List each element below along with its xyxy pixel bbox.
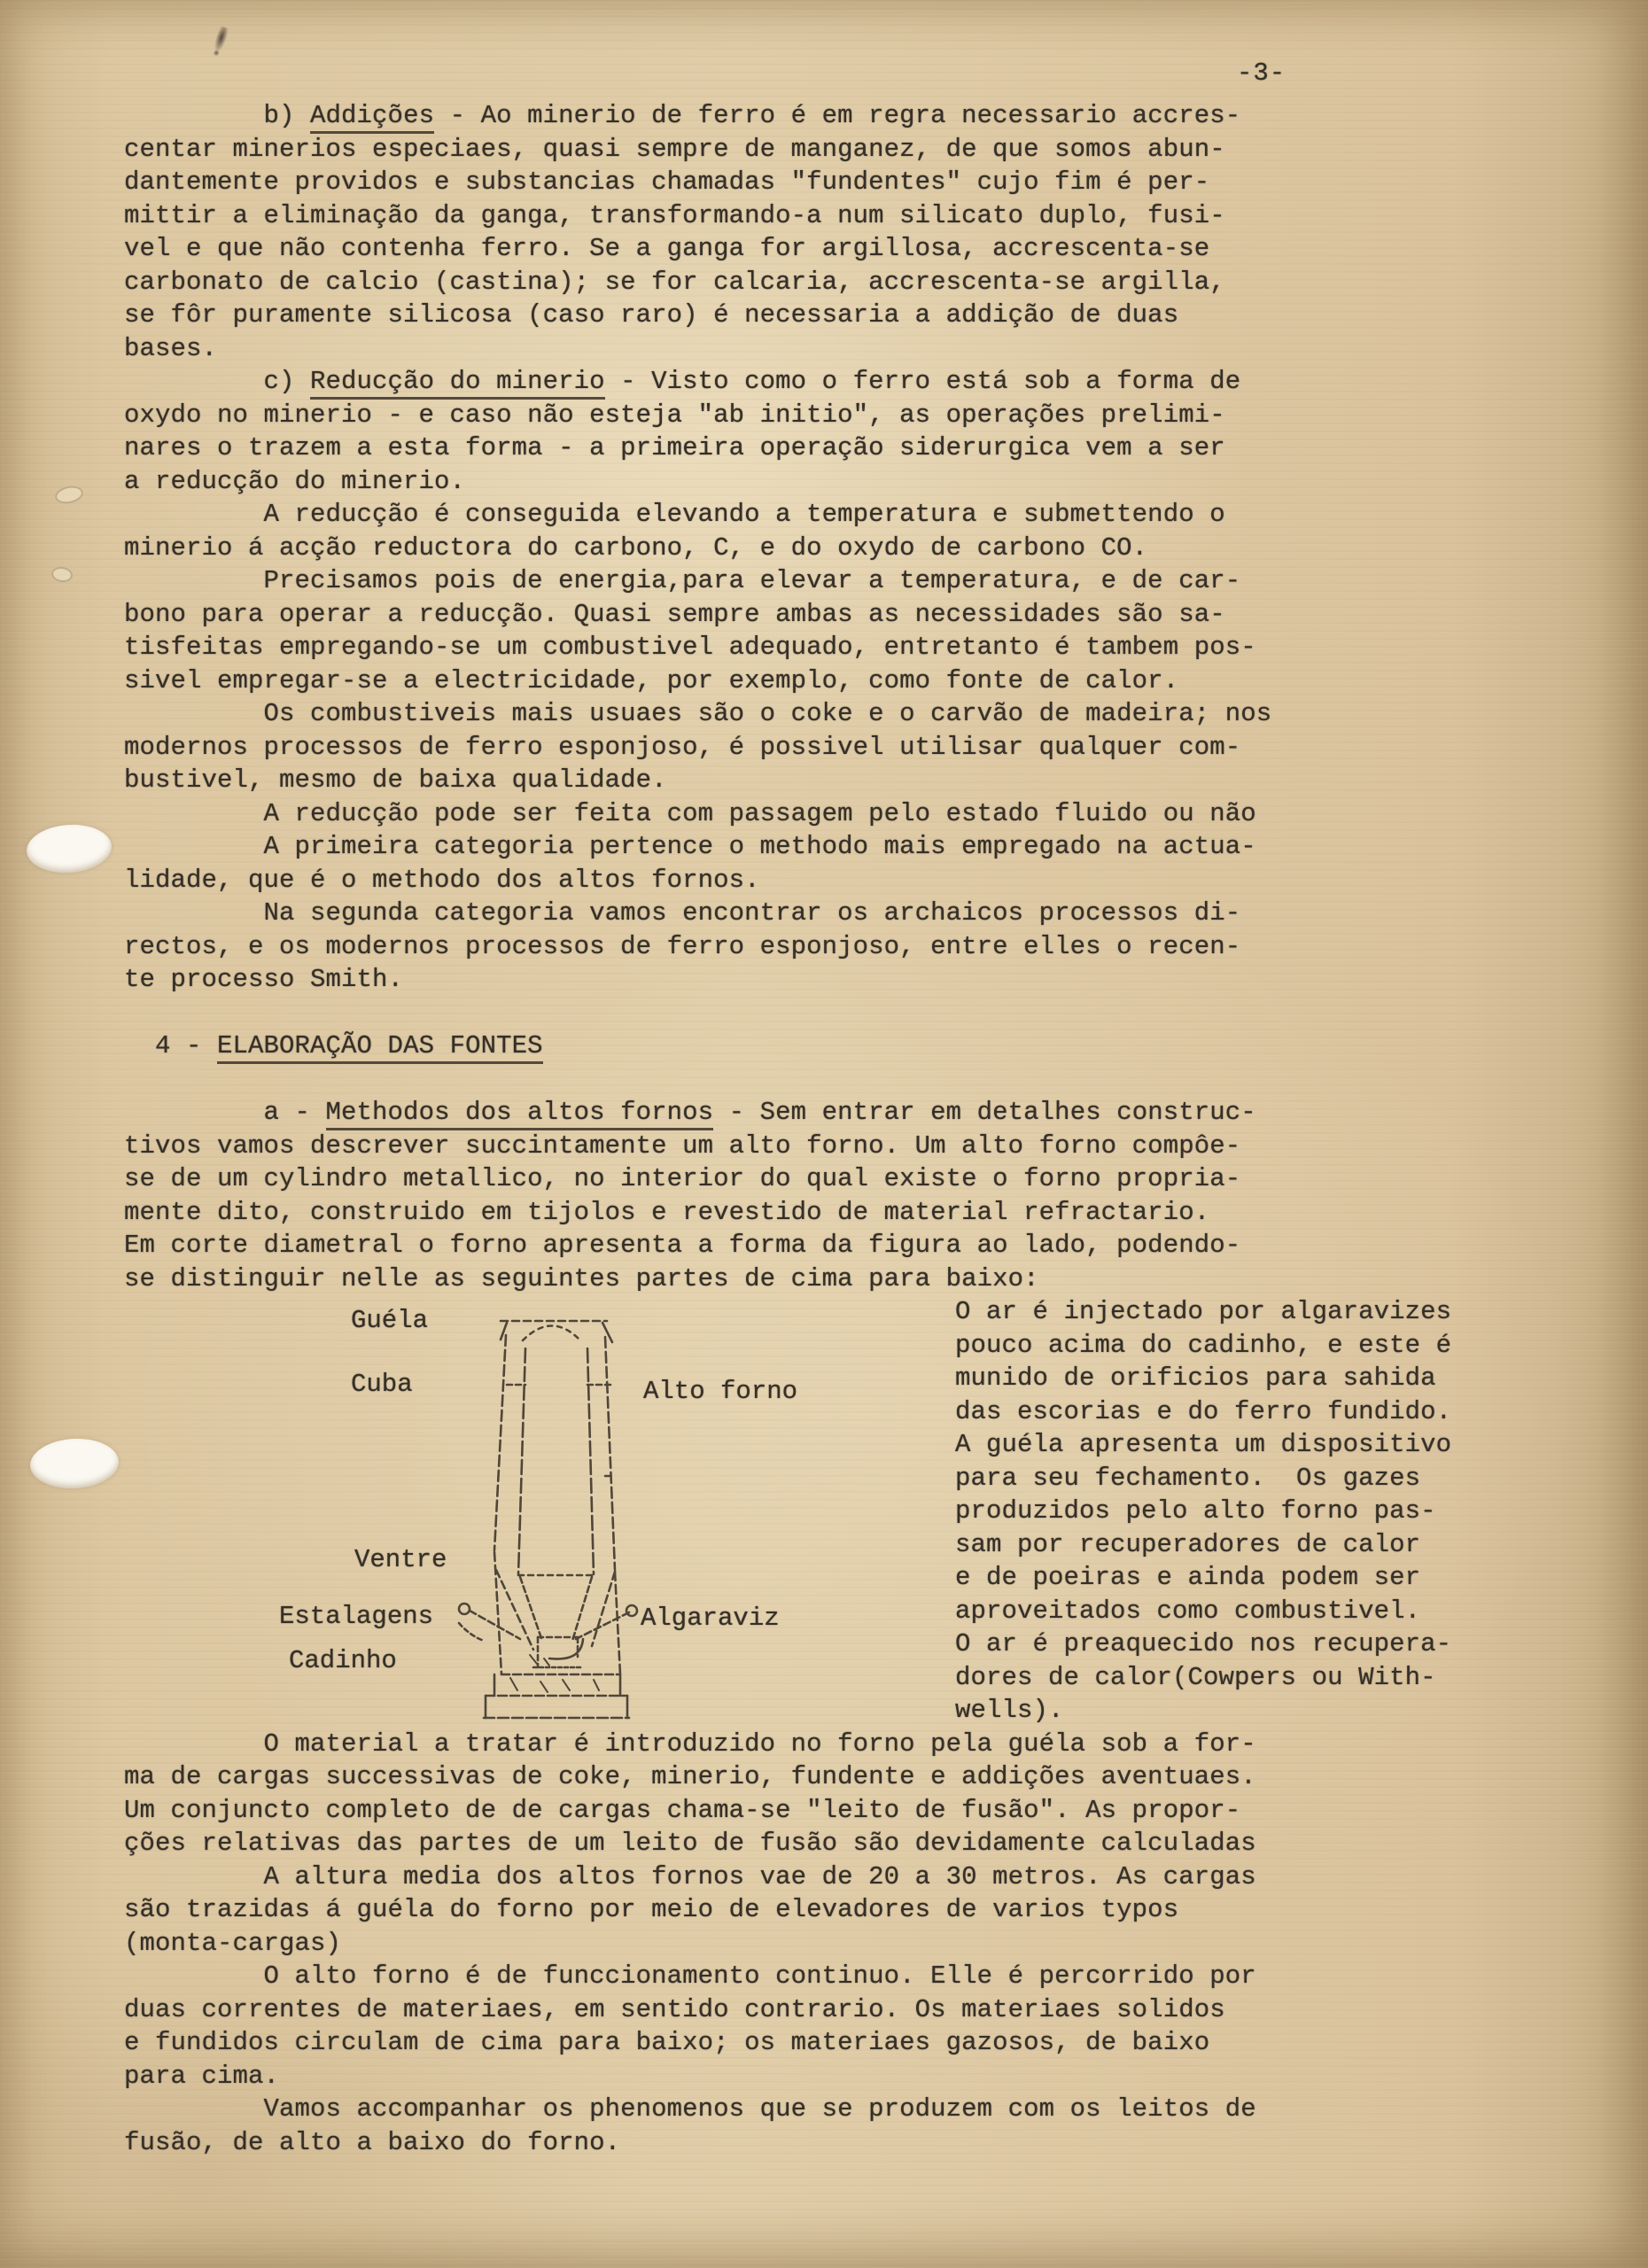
text-segment: a -: [124, 1098, 326, 1127]
text-segment: wells).: [955, 1696, 1064, 1725]
typewritten-text-column: b) Addições - Ao minerio de ferro é em r…: [124, 99, 1364, 2159]
text-line: Um conjuncto completo de de cargas chama…: [124, 1794, 1364, 1828]
text-line: oxydo no minerio - e caso não esteja "ab…: [124, 399, 1364, 432]
text-line: Os combustiveis mais usuaes são o coke e…: [124, 697, 1364, 731]
text-line: para seu fechamento. Os gazes: [124, 1462, 1364, 1495]
text-segment: ções relativas das partes de um leito de…: [124, 1829, 1256, 1858]
text-line: [124, 1063, 1364, 1097]
text-line: ma de cargas successivas de coke, mineri…: [124, 1760, 1364, 1794]
text-line: pouco acima do cadinho, e este é: [124, 1329, 1364, 1363]
text-segment: a reducção do minerio.: [124, 467, 465, 496]
text-segment: bustivel, mesmo de baixa qualidade.: [124, 765, 667, 795]
underlined-text: Reducção do minerio: [310, 367, 605, 400]
text-line: modernos processos de ferro esponjoso, é…: [124, 731, 1364, 765]
tuyere-left: [470, 1611, 520, 1639]
text-segment: duas correntes de materiaes, em sentido …: [124, 1995, 1225, 2024]
text-line: sam por recuperadores de calor: [124, 1528, 1364, 1562]
text-line: se fôr puramente silicosa (caso raro) é …: [124, 299, 1364, 332]
text-line: rectos, e os modernos processos de ferro…: [124, 930, 1364, 964]
text-segment: dantemente providos e substancias chamad…: [124, 167, 1209, 197]
text-segment: Na segunda categoria vamos encontrar os …: [124, 898, 1240, 928]
text-segment: para cima.: [124, 2062, 279, 2091]
page-number: -3-: [1237, 58, 1286, 88]
text-segment: lidade, que é o methodo dos altos fornos…: [124, 866, 760, 895]
text-segment: rectos, e os modernos processos de ferro…: [124, 932, 1240, 961]
text-line: c) Reducção do minerio - Visto como o fe…: [124, 365, 1364, 399]
text-line: mittir a eliminação da ganga, transforma…: [124, 199, 1364, 233]
text-line: se distinguir nelle as seguintes partes …: [124, 1262, 1364, 1296]
figure-label-cadinho: Cadinho: [289, 1646, 397, 1676]
text-segment: sivel empregar-se a electricidade, por e…: [124, 666, 1178, 695]
text-line: produzidos pelo alto forno pas-: [124, 1495, 1364, 1528]
text-segment: carbonato de calcio (castina); se for ca…: [124, 268, 1225, 297]
text-line: e de poeiras e ainda podem ser: [124, 1561, 1364, 1595]
text-line: centar minerios especiaes, quasi sempre …: [124, 133, 1364, 167]
text-line: (monta-cargas): [124, 1927, 1364, 1961]
text-line: lidade, que é o methodo dos altos fornos…: [124, 864, 1364, 897]
text-segment: se fôr puramente silicosa (caso raro) é …: [124, 300, 1178, 330]
figure-label-cuba: Cuba: [351, 1370, 413, 1400]
text-line: a reducção do minerio.: [124, 465, 1364, 499]
text-segment: Precisamos pois de energia,para elevar a…: [124, 566, 1240, 595]
text-segment: minerio á acção reductora do carbono, C,…: [124, 533, 1147, 563]
text-segment: centar minerios especiaes, quasi sempre …: [124, 135, 1225, 164]
text-segment: são trazidas á guéla do forno por meio d…: [124, 1895, 1178, 1924]
underlined-text: Methodos dos altos fornos: [326, 1098, 714, 1130]
text-segment: A primeira categoria pertence o methodo …: [124, 832, 1256, 861]
text-line: A primeira categoria pertence o methodo …: [124, 830, 1364, 864]
text-segment: O ar é injectado por algaravizes: [955, 1297, 1451, 1326]
text-line: a - Methodos dos altos fornos - Sem entr…: [124, 1096, 1364, 1130]
underlined-text: ELABORAÇÃO DAS FONTES: [217, 1031, 543, 1064]
text-line: O ar é injectado por algaravizes: [124, 1295, 1364, 1329]
text-segment: fusão, de alto a baixo do forno.: [124, 2128, 620, 2157]
furnace-inner-wall-right: [587, 1348, 594, 1574]
furnace-inner-wall-left: [518, 1348, 525, 1574]
text-segment: - Visto como o ferro está sob a forma de: [605, 367, 1241, 396]
text-segment: aproveitados como combustivel.: [955, 1596, 1420, 1626]
text-line: 4 - ELABORAÇÃO DAS FONTES: [124, 1029, 1364, 1063]
furnace-outer-wall-right: [605, 1337, 615, 1570]
text-segment: b): [124, 101, 310, 130]
text-line: A reducção pode ser feita com passagem p…: [124, 797, 1364, 831]
text-line: nares o trazem a esta forma - a primeira…: [124, 431, 1364, 465]
text-segment: O alto forno é de funccionamento continu…: [124, 1961, 1256, 1991]
text-segment: A reducção é conseguida elevando a tempe…: [124, 500, 1225, 529]
text-segment: modernos processos de ferro esponjoso, é…: [124, 733, 1240, 762]
text-line: fusão, de alto a baixo do forno.: [124, 2126, 1364, 2160]
text-line: vel e que não contenha ferro. Se a ganga…: [124, 232, 1364, 266]
text-line: e fundidos circulam de cima para baixo; …: [124, 2026, 1364, 2060]
text-line: A reducção é conseguida elevando a tempe…: [124, 498, 1364, 532]
text-segment: Um conjuncto completo de de cargas chama…: [124, 1796, 1240, 1825]
text-line: b) Addições - Ao minerio de ferro é em r…: [124, 99, 1364, 133]
text-segment: A reducção pode ser feita com passagem p…: [124, 799, 1256, 828]
text-segment: para seu fechamento. Os gazes: [955, 1464, 1420, 1493]
underlined-text: Addições: [310, 101, 434, 134]
blast-furnace-diagram: [452, 1286, 647, 1729]
text-line: bustivel, mesmo de baixa qualidade.: [124, 764, 1364, 797]
text-segment: tisfeitas empregando-se um combustivel a…: [124, 633, 1256, 662]
figure-label-ventre: Ventre: [354, 1545, 447, 1575]
text-line: tisfeitas empregando-se um combustivel a…: [124, 631, 1364, 664]
text-segment: A guéla apresenta um dispositivo: [955, 1430, 1451, 1459]
text-line: se de um cylindro metallico, no interior…: [124, 1162, 1364, 1196]
furnace-throat-dome: [523, 1326, 580, 1341]
text-segment: e fundidos circulam de cima para baixo; …: [124, 2028, 1209, 2057]
text-segment: ma de cargas successivas de coke, mineri…: [124, 1762, 1256, 1791]
text-segment: Vamos accompanhar os phenomenos que se p…: [124, 2094, 1256, 2124]
figure-label-algaraviz: Algaraviz: [641, 1604, 780, 1634]
text-segment: dores de calor(Cowpers ou With-: [955, 1663, 1436, 1692]
text-segment: O material a tratar é introduzido no for…: [124, 1729, 1256, 1759]
text-line: te processo Smith.: [124, 963, 1364, 997]
text-segment: Em corte diametral o forno apresenta a f…: [124, 1231, 1240, 1260]
text-segment: vel e que não contenha ferro. Se a ganga…: [124, 234, 1209, 263]
text-line: A altura media dos altos fornos vae de 2…: [124, 1860, 1364, 1894]
text-segment: bases.: [124, 334, 217, 363]
text-segment: nares o trazem a esta forma - a primeira…: [124, 433, 1225, 462]
text-segment: tivos vamos descrever succintamente um a…: [124, 1131, 1240, 1161]
text-line: sivel empregar-se a electricidade, por e…: [124, 664, 1364, 698]
text-line: dantemente providos e substancias chamad…: [124, 166, 1364, 199]
text-line: para cima.: [124, 2060, 1364, 2093]
text-segment: te processo Smith.: [124, 965, 403, 994]
text-segment: (monta-cargas): [124, 1929, 341, 1958]
tuyere-right-port: [626, 1605, 637, 1616]
text-segment: produzidos pelo alto forno pas-: [955, 1496, 1436, 1526]
text-segment: - Ao minerio de ferro é em regra necessa…: [434, 101, 1240, 130]
tuyere-right: [576, 1612, 629, 1639]
text-line: bases.: [124, 332, 1364, 366]
text-segment: A altura media dos altos fornos vae de 2…: [124, 1862, 1256, 1891]
text-line: O material a tratar é introduzido no for…: [124, 1728, 1364, 1761]
text-line: minerio á acção reductora do carbono, C,…: [124, 532, 1364, 565]
text-line: A guéla apresenta um dispositivo: [124, 1428, 1364, 1462]
text-line: duas correntes de materiaes, em sentido …: [124, 1993, 1364, 2027]
text-segment: O ar é preaquecido nos recupera-: [955, 1629, 1451, 1658]
text-line: carbonato de calcio (castina); se for ca…: [124, 266, 1364, 299]
text-segment: - Sem entrar em detalhes construc-: [713, 1098, 1256, 1127]
text-segment: sam por recuperadores de calor: [955, 1530, 1420, 1559]
text-segment: c): [124, 367, 310, 396]
text-line: ções relativas das partes de um leito de…: [124, 1827, 1364, 1860]
text-segment: e de poeiras e ainda podem ser: [955, 1563, 1420, 1592]
text-segment: oxydo no minerio - e caso não esteja "ab…: [124, 400, 1225, 430]
figure-label-guela: Guéla: [351, 1306, 428, 1336]
text-segment: se de um cylindro metallico, no interior…: [124, 1164, 1240, 1193]
tuyere-left-port: [459, 1604, 470, 1614]
text-line: bono para operar a reducção. Quasi sempr…: [124, 598, 1364, 632]
text-segment: mente dito, construido em tijolos e reve…: [124, 1198, 1209, 1227]
text-line: Na segunda categoria vamos encontrar os …: [124, 897, 1364, 930]
figure-label-estalagens: Estalagens: [279, 1602, 433, 1632]
figure-label-alto-forno: Alto forno: [643, 1377, 797, 1407]
text-segment: Os combustiveis mais usuaes são o coke e…: [124, 699, 1271, 728]
text-segment: bono para operar a reducção. Quasi sempr…: [124, 600, 1225, 629]
text-line: O alto forno é de funccionamento continu…: [124, 1960, 1364, 1993]
text-segment: das escorias e do ferro fundido.: [955, 1397, 1451, 1426]
text-segment: munido de orificios para sahida: [955, 1363, 1436, 1393]
text-segment: 4 -: [124, 1031, 217, 1060]
furnace-outer-wall-left: [494, 1335, 506, 1550]
text-line: tivos vamos descrever succintamente um a…: [124, 1130, 1364, 1163]
text-segment: mittir a eliminação da ganga, transforma…: [124, 201, 1225, 230]
text-line: mente dito, construido em tijolos e reve…: [124, 1196, 1364, 1230]
text-line: Em corte diametral o forno apresenta a f…: [124, 1229, 1364, 1262]
text-line: são trazidas á guéla do forno por meio d…: [124, 1893, 1364, 1927]
text-line: Vamos accompanhar os phenomenos que se p…: [124, 2093, 1364, 2126]
text-line: Precisamos pois de energia,para elevar a…: [124, 564, 1364, 598]
text-segment: pouco acima do cadinho, e este é: [955, 1331, 1451, 1360]
text-line: wells).: [124, 1694, 1364, 1728]
text-line: [124, 997, 1364, 1030]
